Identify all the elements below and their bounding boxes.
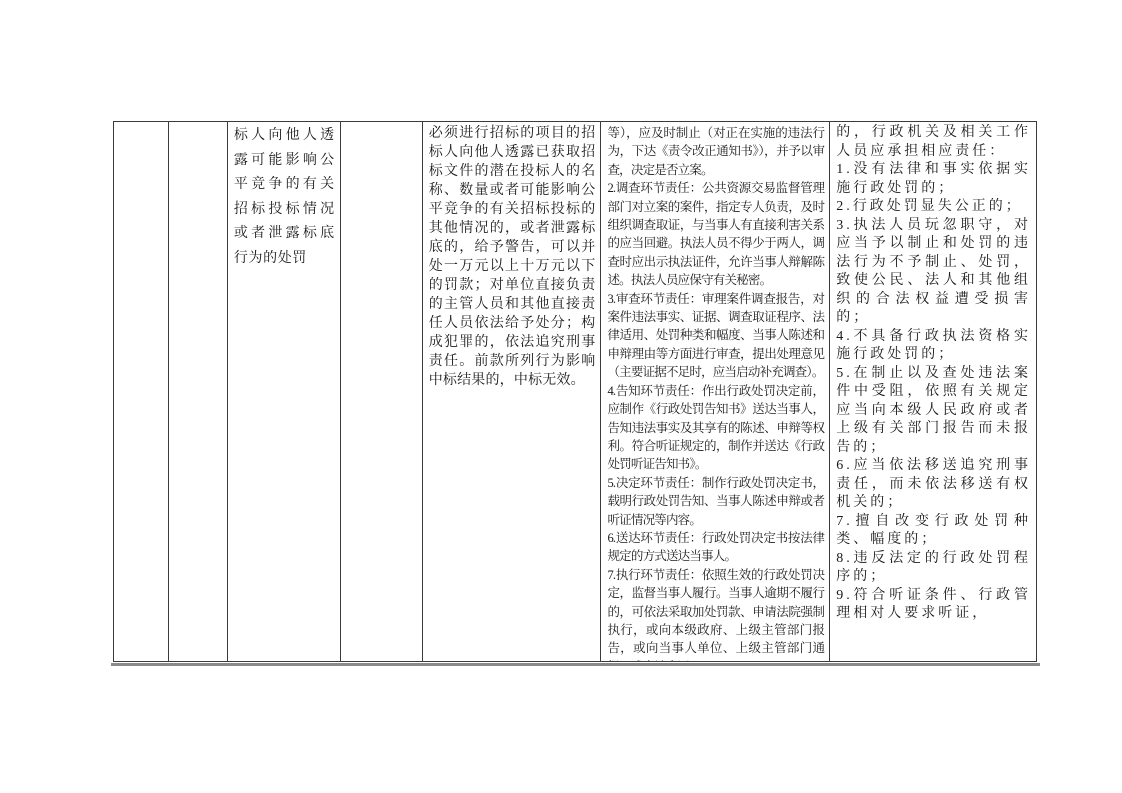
paragraph: 8.违反法定的行政处罚程序的；: [836, 550, 1031, 587]
paragraph: 2.调查环节责任：公共资源交易监督管理部门对立案的案件，指定专人负责，及时组织调…: [607, 179, 824, 289]
paragraph: 1.没有法律和事实依据实施行政处罚的；: [836, 161, 1031, 198]
paragraph: 5.决定环节责任：制作行政处罚决定书，载明行政处罚告知、当事人陈述申辩或者听证情…: [607, 474, 824, 529]
table-cell-punishment-content: 必须进行招标的项目的招标人向他人透露已获取招标文件的潜在投标人的名称、数量或者可…: [423, 122, 602, 661]
table-cell-sequence: [114, 122, 169, 661]
paragraph: 的，行政机关及相关工作人员应承担相应责任：: [836, 124, 1031, 161]
paragraph: 3.审查环节责任：审理案件调查报告，对案件违法事实、证据、调查取证程序、法律适用…: [607, 290, 824, 382]
responsibility-table: 标人向他人透露可能影响公平竞争的有关招标投标情况或者泄露标底行为的处罚 必须进行…: [113, 121, 1037, 662]
paragraph: 6.应当依法移送追究刑事责任，而未依法移送有权机关的；: [836, 457, 1031, 513]
table-outer-bottom-border: [111, 663, 1040, 666]
table-cell-accountability: 的，行政机关及相关工作人员应承担相应责任：1.没有法律和事实依据实施行政处罚的；…: [830, 122, 1037, 661]
paragraph: 7.执行环节责任：依照生效的行政处罚决定，监督当事人履行。当事人逾期不履行的，可…: [607, 566, 824, 661]
paragraph: 7.擅自改变行政处罚种类、幅度的；: [836, 513, 1031, 550]
paragraph: 标人向他人透露可能影响公平竞争的有关招标投标情况或者泄露标底行为的处罚: [234, 124, 335, 271]
paragraph: 4.不具备行政执法资格实施行政处罚的；: [836, 328, 1031, 365]
paragraph: 2.行政处罚显失公正的；: [836, 198, 1031, 217]
paragraph: 3.执法人员玩忽职守，对应当予以制止和处罚的违法行为不予制止、处罚，致使公民、法…: [836, 217, 1031, 328]
paragraph: 等），应及时制止（对正在实施的违法行为，下达《责令改正通知书》），并予以审查，决…: [607, 124, 824, 179]
paragraph: 6.送达环节责任：行政处罚决定书按法律规定的方式送达当事人。: [607, 529, 824, 566]
paragraph: 5.在制止以及查处违法案件中受阻，依照有关规定应当向本级人民政府或者上级有关部门…: [836, 365, 1031, 458]
paragraph: 9.符合听证条件、行政管理相对人要求听证，: [836, 587, 1031, 624]
table-cell-item-name: 标人向他人透露可能影响公平竞争的有关招标投标情况或者泄露标底行为的处罚: [228, 122, 341, 661]
table-cell-duty-steps: 等），应及时制止（对正在实施的违法行为，下达《责令改正通知书》），并予以审查，决…: [601, 122, 830, 661]
table-cell-category: [169, 122, 228, 661]
table-cell-legal-basis: [341, 122, 423, 661]
document-page: 标人向他人透露可能影响公平竞争的有关招标投标情况或者泄露标底行为的处罚 必须进行…: [0, 0, 1122, 793]
paragraph: 4.告知环节责任：作出行政处罚决定前，应制作《行政处罚告知书》送达当事人，告知违…: [607, 382, 824, 474]
paragraph: 必须进行招标的项目的招标人向他人透露已获取招标文件的潜在投标人的名称、数量或者可…: [429, 124, 596, 390]
